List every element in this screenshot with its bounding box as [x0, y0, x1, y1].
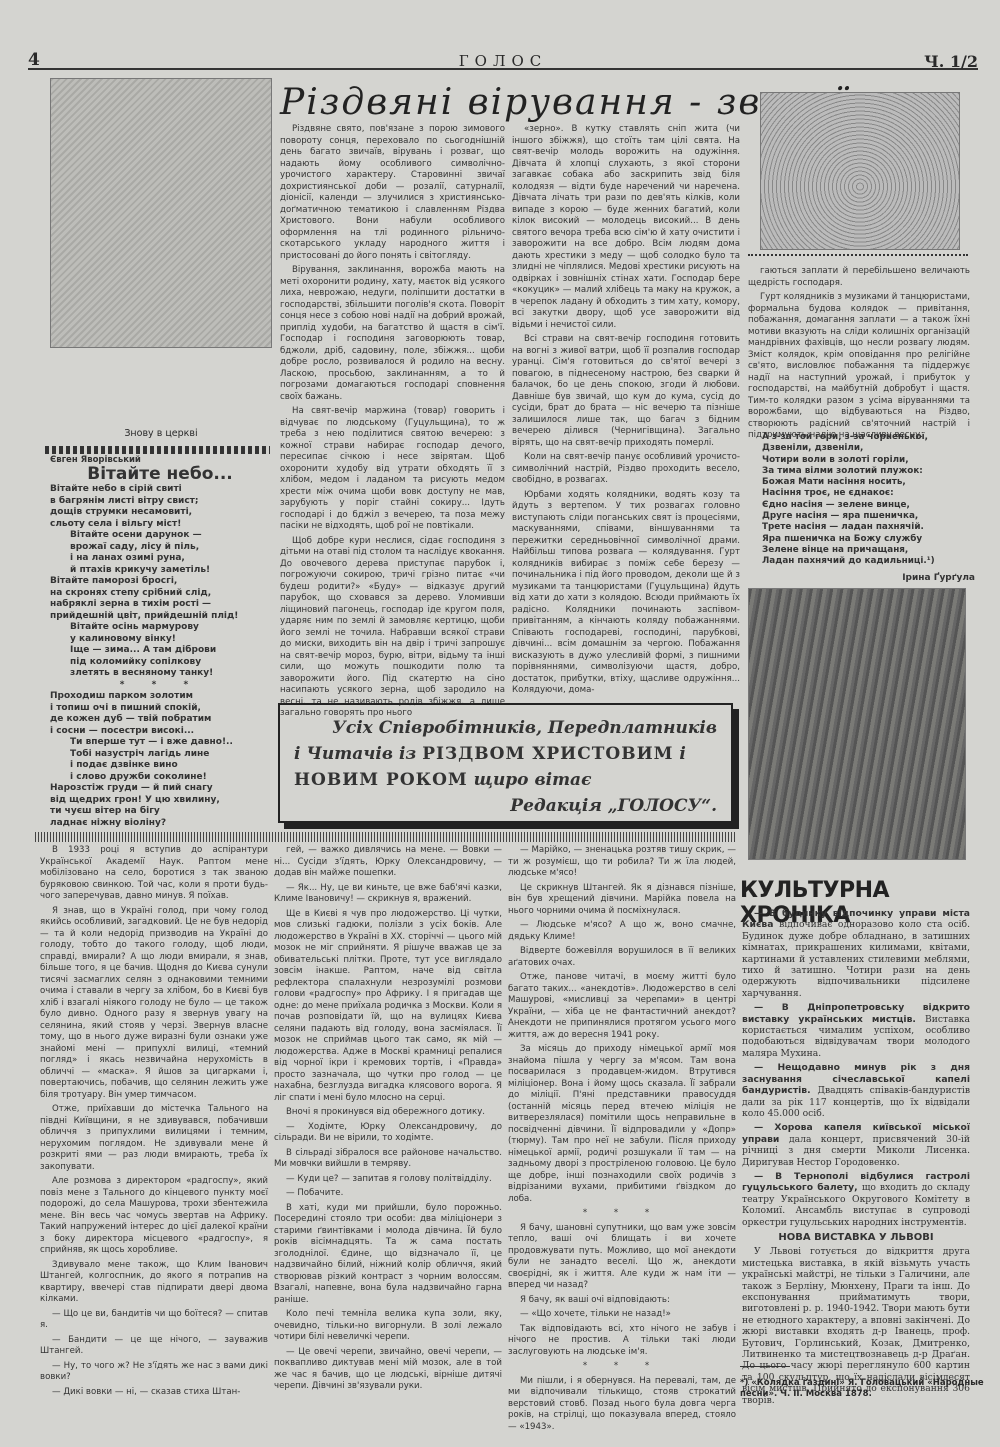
poem-line: Вітайте осінь мармурову — [50, 622, 270, 634]
chronicle-item: — В будинку відпочинку управи міста Києв… — [742, 908, 970, 999]
story-paragraph: — Ну, то чого ж? Не з'їдять же нас з вам… — [40, 1361, 268, 1384]
chronicle-item-lead: — В Тернополі відбулися гастролі гуцульс… — [742, 1171, 970, 1193]
greeting-line-1: Усіх Співробітників, Передплатників — [294, 715, 717, 741]
story-paragraph: — Дикі вовки — ні, — сказав стиха Штан- — [40, 1387, 268, 1399]
poem-line: під коломийку сопілкову — [50, 657, 270, 669]
story-paragraph: — Ходімте, Юрку Олександровичу, до сільр… — [274, 1122, 502, 1145]
greeting-signature: Редакція „ГОЛОСУ“. — [294, 793, 717, 819]
article-paragraph: Різдвяне свято, пов'язане з порою зимово… — [280, 124, 505, 262]
article-paragraph: гаються заплати й перебільшено величають… — [748, 266, 970, 289]
ornament-divider — [45, 446, 270, 454]
story-paragraph: Отже, приїхавши до містечка Тального на … — [40, 1104, 268, 1173]
poem-left: Євген Яворівський Вітайте небо... Вітайт… — [50, 455, 270, 829]
article-paragraph: На свят-вечір маржина (товар) говорить і… — [280, 406, 505, 533]
story-paragraph: Відверте божевілля ворушилося в її велик… — [508, 946, 736, 969]
story-paragraph: — «Що хочете, тільки не назад!» — [508, 1309, 736, 1321]
poem-line: у калиновому вінку! — [50, 634, 270, 646]
article-column-1: Різдвяне свято, пов'язане з порою зимово… — [280, 124, 505, 723]
wave-divider — [748, 254, 968, 257]
story-paragraph: — Людське м'ясо? А що ж, воно смачне, дя… — [508, 920, 736, 943]
story-paragraph: Ще в Києві я чув про людожерство. Ці чут… — [274, 909, 502, 1105]
poem-line: ти чуєш вітер на бігу — [50, 806, 270, 818]
winter-forest-illustration-icon — [748, 588, 966, 860]
koliadka-line: Яра пшеничка на Божу службу — [762, 534, 972, 545]
article-paragraph: Вірування, заклинання, ворожба мають на … — [280, 265, 505, 403]
story-paragraph: — Бандити — це ще нічого, — зауважив Шта… — [40, 1335, 268, 1358]
article-paragraph: Коли на свят-вечір панує особливий урочи… — [512, 452, 740, 487]
poem-line: врожаї саду, лісу й піль, — [50, 542, 270, 554]
poem-separator: * * * — [50, 680, 270, 692]
poem-line: Вітайте небо в сірій свиті — [50, 484, 270, 496]
poem-line: набряклі зерна в тихім рості — — [50, 599, 270, 611]
koliadka-line: Ладан пахнячий до кадильниці.¹) — [762, 556, 972, 567]
chronicle-item: — Нещодавно минув рік з дня заснування с… — [742, 1062, 970, 1119]
story-paragraph: — Куди це? — запитав я голову політвідді… — [274, 1174, 502, 1186]
greeting-christmas: РІЗДВОМ ХРИСТОВИМ — [422, 744, 673, 764]
story-paragraph: За місяць до приходу німецької армії моя… — [508, 1044, 736, 1205]
footnote: *) «Колядка ґаздині» Я. Головацький «Нар… — [740, 1378, 990, 1400]
story-paragraph: Так відповідають всі, хто нічого не забу… — [508, 1324, 736, 1359]
newspaper-title: ГОЛОС — [28, 52, 978, 70]
story-paragraph: — Як... Ну, це ви киньте, це вже баб'ячі… — [274, 883, 502, 906]
koliadka-line: Єдно насіня — зелене винце, — [762, 500, 972, 511]
story-paragraph: Коло печі темніла велика купа золи, яку,… — [274, 1309, 502, 1344]
koliadka-line: Друге насіня — яра пшеничка, — [762, 511, 972, 522]
story-column-1: В 1933 році я вступив до аспірантури Укр… — [40, 845, 268, 1401]
poem-line: і сосни — посестри високі... — [50, 726, 270, 738]
koliadka-line: Дзвеніли, дзвеніли, — [762, 443, 972, 454]
culture-chronicle-body: — В будинку відпочинку управи міста Києв… — [742, 908, 970, 1409]
story-paragraph: Вночі я прокинувся від обережного дотику… — [274, 1107, 502, 1119]
poem-line: сльоту села і вільгу міст! — [50, 519, 270, 531]
poem-line: Вітайте паморозі бросгі, — [50, 576, 270, 588]
story-paragraph: В сільраді зібралося все районове началь… — [274, 1148, 502, 1171]
chronicle-item: — В Дніпропетровську відкрито виставку у… — [742, 1002, 970, 1059]
koliadka-line: Божая Мати насіння носить, — [762, 477, 972, 488]
koliadka-poem: А з-за той гори, з-за чорненької,Дзвеніл… — [762, 432, 972, 568]
story-paragraph: — Це овечі черепи, звичайно, овечі череп… — [274, 1347, 502, 1393]
poem-title: Вітайте небо... — [50, 469, 270, 481]
footnote-rule — [740, 1366, 790, 1367]
poem-line: в багрянім листі вітру свист; — [50, 496, 270, 508]
poem-line: злетять в весняному танку! — [50, 668, 270, 680]
poem-line: і слово дружби соколине! — [50, 772, 270, 784]
chronicle-item: — В Тернополі відбулися гастролі гуцульс… — [742, 1171, 970, 1228]
lviv-exhibition-subhead: НОВА ВИСТАВКА У ЛЬВОВІ — [742, 1232, 970, 1243]
story-paragraph: — Побачите. — [274, 1188, 502, 1200]
article-paragraph: Всі страви на свят-вечір господиня готов… — [512, 334, 740, 449]
article-author: Ірина Ґурґула — [855, 573, 975, 585]
greeting-text: і — [679, 744, 685, 764]
story-paragraph: Отже, панове читачі, в моєму житті було … — [508, 972, 736, 1041]
chronicle-item-lead: — В будинку відпочинку управи міста Києв… — [742, 908, 970, 930]
hatch-divider — [35, 832, 735, 842]
poem-line: Вітайте осени дарунок — — [50, 530, 270, 542]
story-column-3: — Марійко, — зненацька розтяв тишу скрик… — [508, 845, 736, 1436]
chronicle-item-lead: — В Дніпропетровську відкрито виставку у… — [742, 1002, 970, 1024]
koliadka-line: За тима вілми золотий плужок: — [762, 466, 972, 477]
article-paragraph: Гурт колядників з музиками й танцюристам… — [748, 292, 970, 442]
page-header: 4 ГОЛОС Ч. 1/2 — [28, 50, 978, 70]
poem-line: прийдешній цвіт, прийдешній плід! — [50, 611, 270, 623]
portrait-drawing-icon — [50, 78, 272, 348]
poem-body: Вітайте небо в сірій свитів багрянім лис… — [50, 484, 270, 829]
illustration-caption: Знову в церкві — [50, 428, 272, 439]
story-paragraph: гей, — важко дивлячись на мене. — Вовки … — [274, 845, 502, 880]
poem-line: Тобі назустріч лагідь лине — [50, 749, 270, 761]
story-paragraph: В хаті, куди ми прийшли, було порожньо. … — [274, 1203, 502, 1307]
chronicle-item: — Хорова капеля київської міської управи… — [742, 1122, 970, 1168]
article-paragraph: Юрбами ходять колядники, водять козу та … — [512, 490, 740, 697]
poem-line: Іще — зима... А там діброви — [50, 645, 270, 657]
story-paragraph: Я бачу, як ваші очі відповідають: — [508, 1295, 736, 1307]
poem-line: де кожен дуб — твій побратим — [50, 714, 270, 726]
story-paragraph: Це скрикнув Штангей. Як я дізнався пізні… — [508, 883, 736, 918]
poem-line: від щедрих грон! У цю хвилину, — [50, 795, 270, 807]
story-paragraph: — Марійко, — зненацька розтяв тишу скрик… — [508, 845, 736, 880]
story-paragraph: В 1933 році я вступив до аспірантури Укр… — [40, 845, 268, 903]
story-paragraph: * * * — [508, 1361, 736, 1373]
greeting-text: і Читачів із — [294, 744, 416, 764]
story-paragraph: Ми пішли, і я обернувся. На перевалі, та… — [508, 1376, 736, 1434]
koliadka-line: Чотири воли в золоті горіли, — [762, 455, 972, 466]
koliadka-line: А з-за той гори, з-за чорненької, — [762, 432, 972, 443]
story-column-2: гей, — важко дивлячись на мене. — Вовки … — [274, 845, 502, 1396]
candle-fir-branch-icon — [760, 92, 960, 250]
koliadka-line: Зелене вінце на причащаня, — [762, 545, 972, 556]
poem-line: дощів струмки несамовиті, — [50, 507, 270, 519]
newspaper-page: 4 ГОЛОС Ч. 1/2 Знову в церкві Євген Явор… — [0, 0, 1000, 1447]
poem-line: Ти вперше тут — і вже давно!.. — [50, 737, 270, 749]
poem-line: Нарозстіж груди — й пий снагу — [50, 783, 270, 795]
greeting-text: щиро вітає — [474, 770, 592, 790]
koliadka-line: Трете насіня — ладан пахнячій. — [762, 522, 972, 533]
story-paragraph: Я бачу, шановні супутники, що вам уже зо… — [508, 1223, 736, 1292]
poem-line: і топиш очі в пишний спокій, — [50, 703, 270, 715]
poem-line: і на ланах озимі руна, — [50, 553, 270, 565]
issue-number: Ч. 1/2 — [924, 52, 978, 71]
story-paragraph: Але розмова з директором «радгоспу», яки… — [40, 1176, 268, 1257]
chronicle-item-lead: — Нещодавно минув рік з дня заснування с… — [742, 1062, 970, 1096]
poem-line: на скронях степу срібний слід, — [50, 588, 270, 600]
chronicle-item-lead: — Хорова капеля київської міської управи — [742, 1122, 970, 1144]
poem-line: і подає дзвінке вино — [50, 760, 270, 772]
story-paragraph: Я знав, що в Україні голод, при чому гол… — [40, 906, 268, 1102]
poem-line: ладнає ніжну віоліну? — [50, 818, 270, 830]
article-paragraph: «зерно». В кутку ставлять сніп жита (чи … — [512, 124, 740, 331]
story-paragraph: — Що це ви, бандитів чи що боїтеся? — сп… — [40, 1309, 268, 1332]
koliadka-line: Насіння троє, не єднакоє: — [762, 488, 972, 499]
story-paragraph: Здивувало мене також, що Клим Іванович Ш… — [40, 1260, 268, 1306]
story-paragraph: * * * — [508, 1208, 736, 1220]
poem-line: Проходиш парком золотим — [50, 691, 270, 703]
greeting-box: Усіх Співробітників, Передплатників і Чи… — [278, 703, 733, 823]
article-column-3: гаються заплати й перебільшено величають… — [748, 266, 970, 445]
article-column-2: «зерно». В кутку ставлять сніп жита (чи … — [512, 124, 740, 700]
greeting-new-year: НОВИМ РОКОМ — [294, 770, 468, 790]
poem-line: й птахів крикучу заметіль! — [50, 565, 270, 577]
article-paragraph: Щоб добре кури неслися, сідає господиня … — [280, 536, 505, 720]
